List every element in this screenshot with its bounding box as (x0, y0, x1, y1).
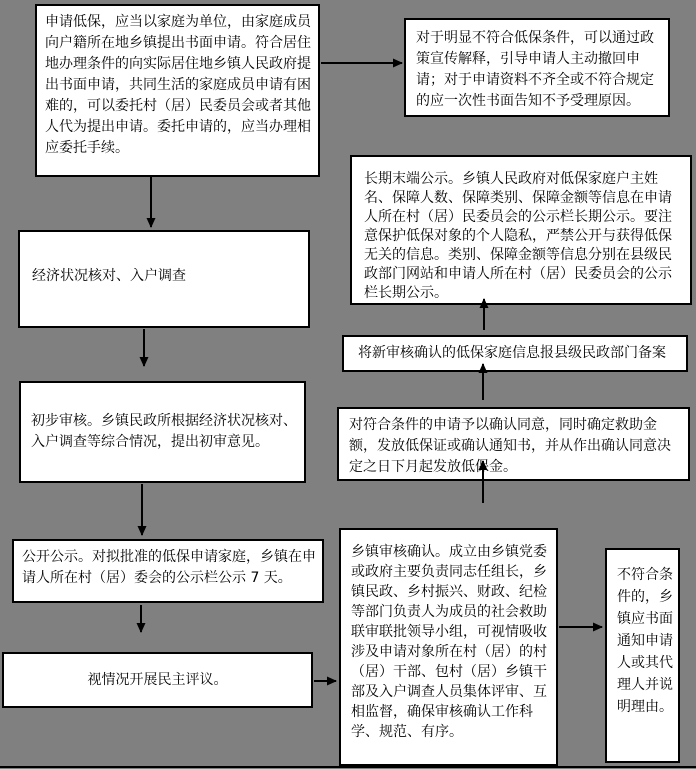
flow-box-democratic-appraisal: 视情况开展民主评议。 (2, 652, 313, 708)
bottom-border-line (0, 766, 696, 768)
public-announcement-text: 公开公示。对拟批准的低保申请家庭，乡镇在申请人所在村（居）委会的公示栏公示 7 … (14, 541, 322, 595)
confirmation-approval-text: 对符合条件的申请予以确认同意，同时确定救助金额，发放低保证或确认通知书，并从作出… (339, 409, 688, 484)
flow-box-withdraw-or-rejection-guidance: 对于明显不符合低保条件，可以通过政策宣传解释，引导申请人主动撤回申请；对于申请资… (404, 18, 670, 117)
flow-box-county-filing-record: 将新审核确认的低保家庭信息报县级民政部门备案 (342, 335, 688, 372)
flow-box-rejection-notification: 不符合条件的，乡镇应书面通知申请人或其代理人并说明理由。 (605, 548, 680, 763)
flow-box-long-term-publicity: 长期末端公示。乡镇人民政府对低保家庭户主姓名、保障人数、保障类别、保障金额等信息… (350, 155, 692, 305)
democratic-appraisal-text: 视情况开展民主评议。 (80, 664, 236, 697)
flow-box-confirmation-approval: 对符合条件的申请予以确认同意，同时确定救助金额，发放低保证或确认通知书，并从作出… (337, 407, 690, 481)
county-filing-record-text: 将新审核确认的低保家庭信息报县级民政部门备案 (344, 343, 672, 364)
flow-box-public-announcement: 公开公示。对拟批准的低保申请家庭，乡镇在申请人所在村（居）委会的公示栏公示 7 … (12, 539, 324, 603)
long-term-publicity-text: 长期末端公示。乡镇人民政府对低保家庭户主姓名、保障人数、保障类别、保障金额等信息… (352, 157, 690, 311)
flow-box-township-review-confirmation: 乡镇审核确认。成立由乡镇党委或政府主要负责同志任组长，乡镇民政、乡村振兴、财政、… (339, 528, 558, 766)
rejection-notification-text: 不符合条件的，乡镇应书面通知申请人或其代理人并说明理由。 (607, 550, 678, 724)
flow-box-preliminary-review: 初步审核。乡镇民政所根据经济状况核对、入户调查等综合情况，提出初审意见。 (19, 381, 306, 483)
flow-box-economic-status-check: 经济状况核对、入户调查 (18, 230, 310, 328)
application-submission-text: 申请低保，应当以家庭为单位，由家庭成员向户籍所在地乡镇提出书面申请。符合居住地办… (37, 6, 318, 165)
preliminary-review-text: 初步审核。乡镇民政所根据经济状况核对、入户调查等综合情况，提出初审意见。 (21, 411, 304, 453)
withdraw-or-rejection-guidance-text: 对于明显不符合低保条件，可以通过政策宣传解释，引导申请人主动撤回申请；对于申请资… (406, 20, 668, 120)
economic-status-check-text: 经济状况核对、入户调查 (20, 266, 194, 293)
lowbao-review-flowchart: 申请低保，应当以家庭为单位，由家庭成员向户籍所在地乡镇提出书面申请。符合居住地办… (0, 0, 696, 769)
flow-box-application-submission: 申请低保，应当以家庭为单位，由家庭成员向户籍所在地乡镇提出书面申请。符合居住地办… (35, 4, 320, 177)
township-review-confirmation-text: 乡镇审核确认。成立由乡镇党委或政府主要负责同志任组长，乡镇民政、乡村振兴、财政、… (341, 530, 556, 750)
